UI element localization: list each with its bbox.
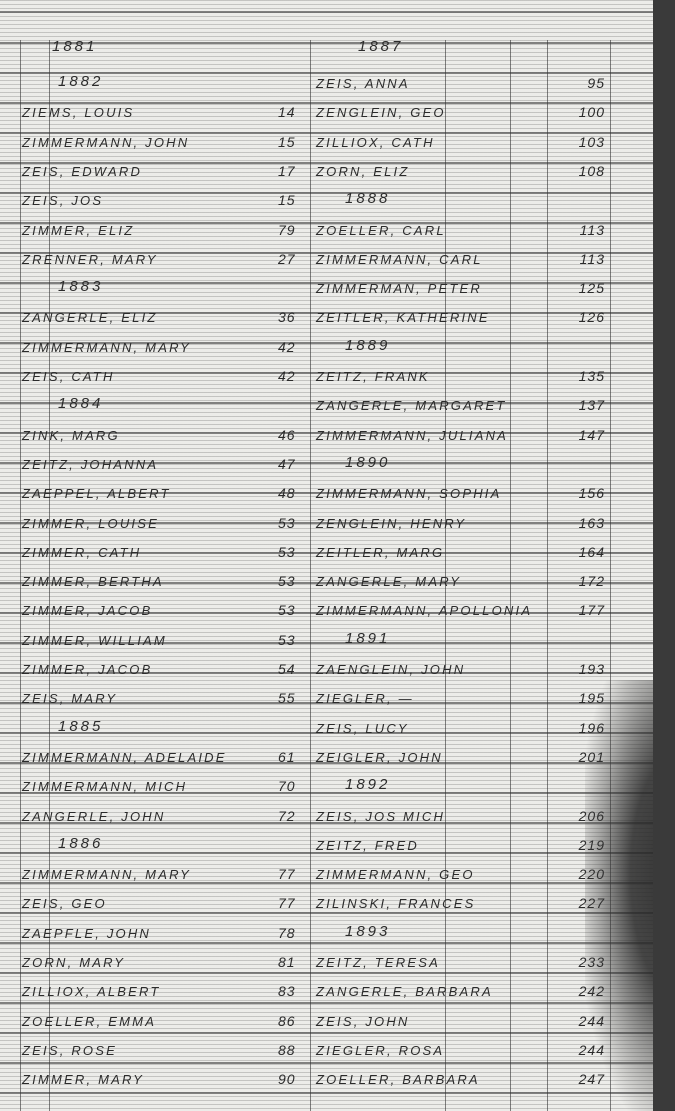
entry-page-number: 81: [278, 954, 296, 970]
entry-page-number: 46: [278, 427, 296, 443]
entry-name: ZENGLEIN, GEO: [316, 105, 446, 120]
entry-page-number: 42: [278, 368, 296, 384]
entry-page-number: 193: [579, 661, 605, 677]
page-edge-shadow: [653, 0, 675, 1111]
entry-page-number: 55: [278, 690, 296, 706]
entry-name: ZORN, ELIZ: [316, 164, 410, 179]
entry-name: ZAEPFLE, JOHN: [22, 926, 151, 941]
entry-page-number: 53: [278, 573, 296, 589]
entry-page-number: 17: [278, 163, 296, 179]
year-heading: 1883: [58, 278, 103, 295]
entry-page-number: 79: [278, 222, 296, 238]
entry-name: ZAEPPEL, ALBERT: [22, 486, 171, 501]
column-rule: [510, 40, 511, 1111]
entry-name: ZIMMERMANN, JOHN: [22, 135, 189, 150]
entry-name: ZEIS, JOS MICH: [316, 809, 445, 824]
entry-name: ZIMMER, BERTHA: [22, 574, 164, 589]
entry-page-number: 163: [579, 515, 605, 531]
entry-page-number: 78: [278, 925, 296, 941]
entry-name: ZIMMER, WILLIAM: [22, 633, 167, 648]
entry-page-number: 53: [278, 544, 296, 560]
entry-name: ZEITZ, FRED: [316, 838, 419, 853]
entry-page-number: 27: [278, 251, 296, 267]
entry-name: ZEIS, CATH: [22, 369, 115, 384]
ledger-page: 1881 1887 1882ZIEMS, LOUIS14ZIMMERMANN, …: [0, 0, 675, 1111]
entry-page-number: 103: [579, 134, 605, 150]
entry-page-number: 53: [278, 602, 296, 618]
entry-name: ZIMMERMANN, ADELAIDE: [22, 750, 227, 765]
year-heading: 1888: [345, 190, 390, 207]
entry-name: ZIMMER, JACOB: [22, 662, 152, 677]
entry-page-number: 70: [278, 778, 296, 794]
entry-name: ZIMMER, LOUISE: [22, 516, 159, 531]
entry-page-number: 113: [580, 222, 605, 238]
entry-name: ZIMMERMANN, MARY: [22, 340, 191, 355]
entry-page-number: 156: [579, 485, 605, 501]
entry-page-number: 135: [579, 368, 605, 384]
entry-name: ZIMMER, ELIZ: [22, 223, 134, 238]
entry-page-number: 54: [278, 661, 296, 677]
entry-page-number: 147: [579, 427, 605, 443]
entry-page-number: 15: [278, 192, 296, 208]
entry-page-number: 48: [278, 485, 296, 501]
entry-name: ZIEGLER, ROSA: [316, 1043, 444, 1058]
entry-name: ZIMMERMANN, GEO: [316, 867, 475, 882]
year-heading: 1890: [345, 454, 390, 471]
entry-page-number: 77: [278, 895, 296, 911]
entry-name: ZEIS, ROSE: [22, 1043, 117, 1058]
left-header-year: 1881: [52, 38, 97, 55]
entry-name: ZANGERLE, ELIZ: [22, 310, 158, 325]
column-rule: [20, 40, 21, 1111]
entry-name: ZIMMER, JACOB: [22, 603, 152, 618]
entry-name: ZIMMERMANN, JULIANA: [316, 428, 508, 443]
entry-name: ZEIS, LUCY: [316, 721, 409, 736]
entry-name: ZIMMERMANN, MARY: [22, 867, 191, 882]
entry-page-number: 95: [587, 75, 605, 91]
entry-page-number: 83: [278, 983, 296, 999]
entry-page-number: 172: [579, 573, 605, 589]
entry-page-number: 47: [278, 456, 296, 472]
entry-name: ZEITLER, MARG: [316, 545, 444, 560]
entry-name: ZIMMERMANN, MICH: [22, 779, 187, 794]
entry-name: ZIMMER, MARY: [22, 1072, 144, 1087]
entry-page-number: 53: [278, 515, 296, 531]
entry-name: ZEITZ, JOHANNA: [22, 457, 158, 472]
entry-name: ZIMMERMANN, APOLLONIA: [316, 603, 532, 618]
year-heading: 1892: [345, 776, 390, 793]
entry-name: ZIMMER, CATH: [22, 545, 141, 560]
year-heading: 1889: [345, 337, 390, 354]
year-heading: 1885: [58, 718, 103, 735]
year-heading: 1893: [345, 923, 390, 940]
entry-page-number: 77: [278, 866, 296, 882]
entry-page-number: 100: [579, 104, 605, 120]
entry-page-number: 126: [579, 309, 605, 325]
column-rule: [310, 40, 311, 1111]
entry-page-number: 164: [579, 544, 605, 560]
entry-name: ZEIS, GEO: [22, 896, 107, 911]
entry-name: ZIEMS, LOUIS: [22, 105, 134, 120]
entry-name: ZEIS, EDWARD: [22, 164, 142, 179]
entry-name: ZENGLEIN, HENRY: [316, 516, 466, 531]
entry-page-number: 137: [579, 397, 605, 413]
entry-page-number: 108: [579, 163, 605, 179]
year-heading: 1882: [58, 73, 103, 90]
entry-name: ZANGERLE, MARY: [316, 574, 461, 589]
column-rule: [547, 40, 548, 1111]
entry-name: ZORN, MARY: [22, 955, 125, 970]
entry-name: ZANGERLE, JOHN: [22, 809, 165, 824]
entry-name: ZANGERLE, BARBARA: [316, 984, 493, 999]
entry-page-number: 113: [580, 251, 605, 267]
entry-name: ZEITZ, TERESA: [316, 955, 440, 970]
year-heading: 1884: [58, 395, 103, 412]
entry-name: ZANGERLE, MARGARET: [316, 398, 507, 413]
entry-page-number: 42: [278, 339, 296, 355]
right-header-year: 1887: [358, 38, 403, 55]
entry-name: ZOELLER, EMMA: [22, 1014, 156, 1029]
entry-name: ZIMMERMANN, SOPHIA: [316, 486, 502, 501]
entry-name: ZIMMERMAN, PETER: [316, 281, 482, 296]
entry-name: ZILINSKI, FRANCES: [316, 896, 475, 911]
entry-name: ZEIS, ANNA: [316, 76, 410, 91]
year-heading: 1891: [345, 630, 390, 647]
entry-page-number: 36: [278, 309, 296, 325]
entry-name: ZIEGLER, —: [316, 691, 414, 706]
entry-page-number: 53: [278, 632, 296, 648]
entry-page-number: 177: [579, 602, 605, 618]
entry-name: ZIMMERMANN, CARL: [316, 252, 483, 267]
entry-name: ZINK, MARG: [22, 428, 120, 443]
entry-page-number: 86: [278, 1013, 296, 1029]
entry-name: ZAENGLEIN, JOHN: [316, 662, 465, 677]
entry-name: ZEIS, MARY: [22, 691, 117, 706]
entry-name: ZEITZ, FRANK: [316, 369, 430, 384]
entry-page-number: 61: [278, 749, 296, 765]
entry-name: ZEIS, JOHN: [316, 1014, 410, 1029]
entry-name: ZILLIOX, ALBERT: [22, 984, 161, 999]
entry-name: ZOELLER, BARBARA: [316, 1072, 480, 1087]
entry-page-number: 15: [278, 134, 296, 150]
entry-page-number: 125: [579, 280, 605, 296]
entry-name: ZOELLER, CARL: [316, 223, 446, 238]
entry-name: ZEIS, JOS: [22, 193, 103, 208]
entry-name: ZILLIOX, CATH: [316, 135, 435, 150]
entry-name: ZRENNER, MARY: [22, 252, 158, 267]
year-heading: 1886: [58, 835, 103, 852]
entry-page-number: 88: [278, 1042, 296, 1058]
entry-page-number: 14: [278, 104, 296, 120]
entry-page-number: 90: [278, 1071, 296, 1087]
entry-name: ZEIGLER, JOHN: [316, 750, 443, 765]
entry-name: ZEITLER, KATHERINE: [316, 310, 490, 325]
entry-page-number: 72: [278, 808, 296, 824]
